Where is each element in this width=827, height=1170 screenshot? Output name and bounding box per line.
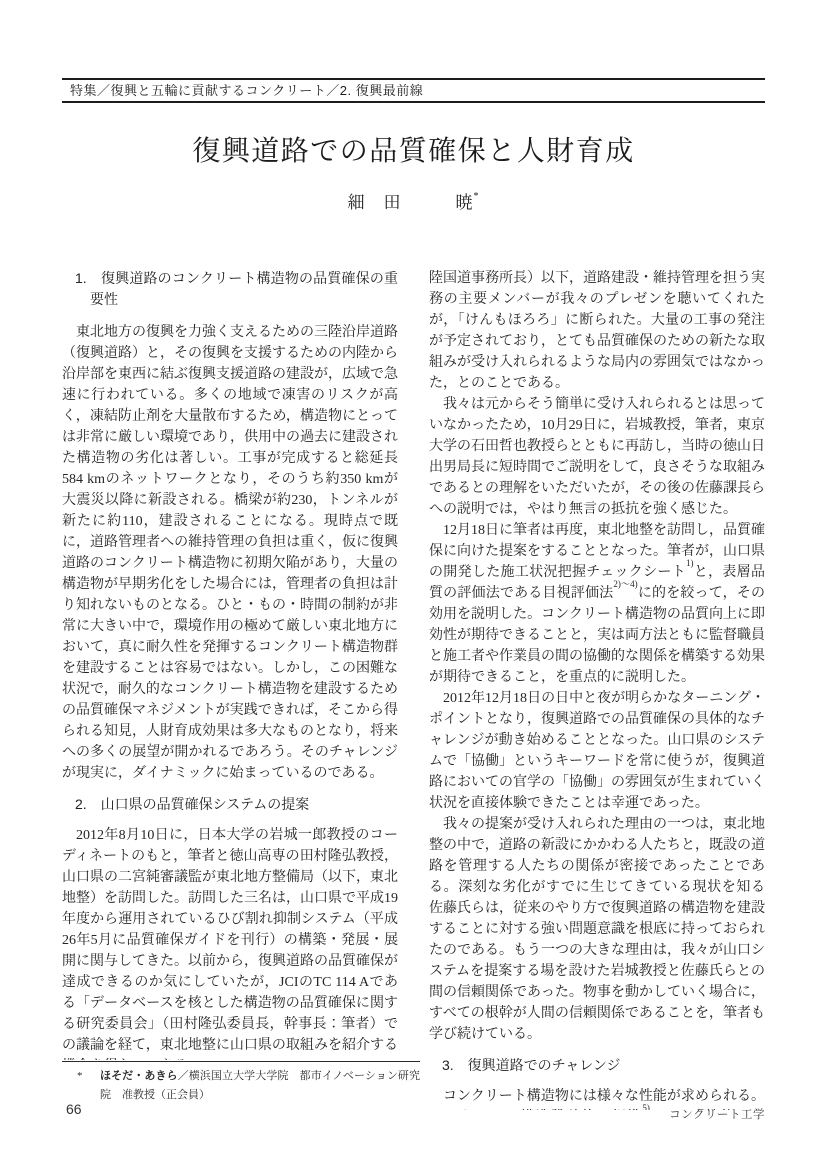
author-name: 細 田 暁 (348, 193, 474, 212)
paragraph-yamaguchi-proposal: 2012年8月10日に，日本大学の岩城一郎教授のコーディネートのもと，筆者と徳山… (62, 825, 398, 1060)
paragraph-importance: 東北地方の復興を力強く支えるための三陸沿岸道路（復興道路）と，その復興を支援する… (62, 322, 398, 784)
reference-mark-2-4: 2)～4) (613, 579, 637, 589)
author-line: 細 田 暁* (62, 188, 765, 213)
section-heading-3: 3. 復興道路でのチャレンジ (429, 1055, 765, 1076)
paragraph-checksheet: 12月18日に筆者は再度，東北地整を訪問し，品質確保に向けた提案をすることとなっ… (429, 520, 765, 688)
document-page: 特集／復興と五輪に貢献するコンクリート／2. 復興最前線 復興道路での品質確保と… (0, 0, 827, 1170)
paragraph-sato-kacho-continued: 陸国道事務所長）以下，道路建設・維持管理を担う実務の主要メンバーが我々のプレゼン… (429, 268, 765, 394)
footnote-asterisk: * (77, 1067, 83, 1086)
footnote-author-kana: ほそだ・あきら (100, 1070, 178, 1082)
section-heading-2: 2. 山口県の品質確保システムの提案 (62, 794, 398, 815)
footnote-body: *ほそだ・あきら／横浜国立大学大学院 都市イノベーション研究院 准教授（正会員） (62, 1067, 420, 1104)
paragraph-revisit: 我々は元からそう簡単に受け入れられるとは思っていなかったため，10月29日に，岩… (429, 394, 765, 520)
author-footnote-mark: * (474, 191, 480, 202)
paragraph-trust: 我々の提案が受け入れられた理由の一つは，東北地整の中で，道路の新設にかかわる人た… (429, 814, 765, 1045)
left-column: 1. 復興道路のコンクリート構造物の品質確保の重要性 東北地方の復興を力強く支え… (62, 268, 398, 1060)
journal-name: コンクリート工学 (62, 1106, 765, 1122)
right-column: 陸国道事務所長）以下，道路建設・維持管理を担う実務の主要メンバーが我々のプレゼン… (429, 268, 765, 1110)
paragraph-turning-point: 2012年12月18日の日中と夜が明らかなターニング・ポイントとなり，復興道路で… (429, 688, 765, 814)
section-heading-1: 1. 復興道路のコンクリート構造物の品質確保の重要性 (62, 268, 398, 310)
special-feature-header: 特集／復興と五輪に貢献するコンクリート／2. 復興最前線 (62, 78, 765, 103)
author-footnote: *ほそだ・あきら／横浜国立大学大学院 都市イノベーション研究院 准教授（正会員） (62, 1061, 420, 1104)
reference-mark-1: 1) (686, 558, 694, 568)
article-title: 復興道路での品質確保と人財育成 (62, 129, 765, 169)
